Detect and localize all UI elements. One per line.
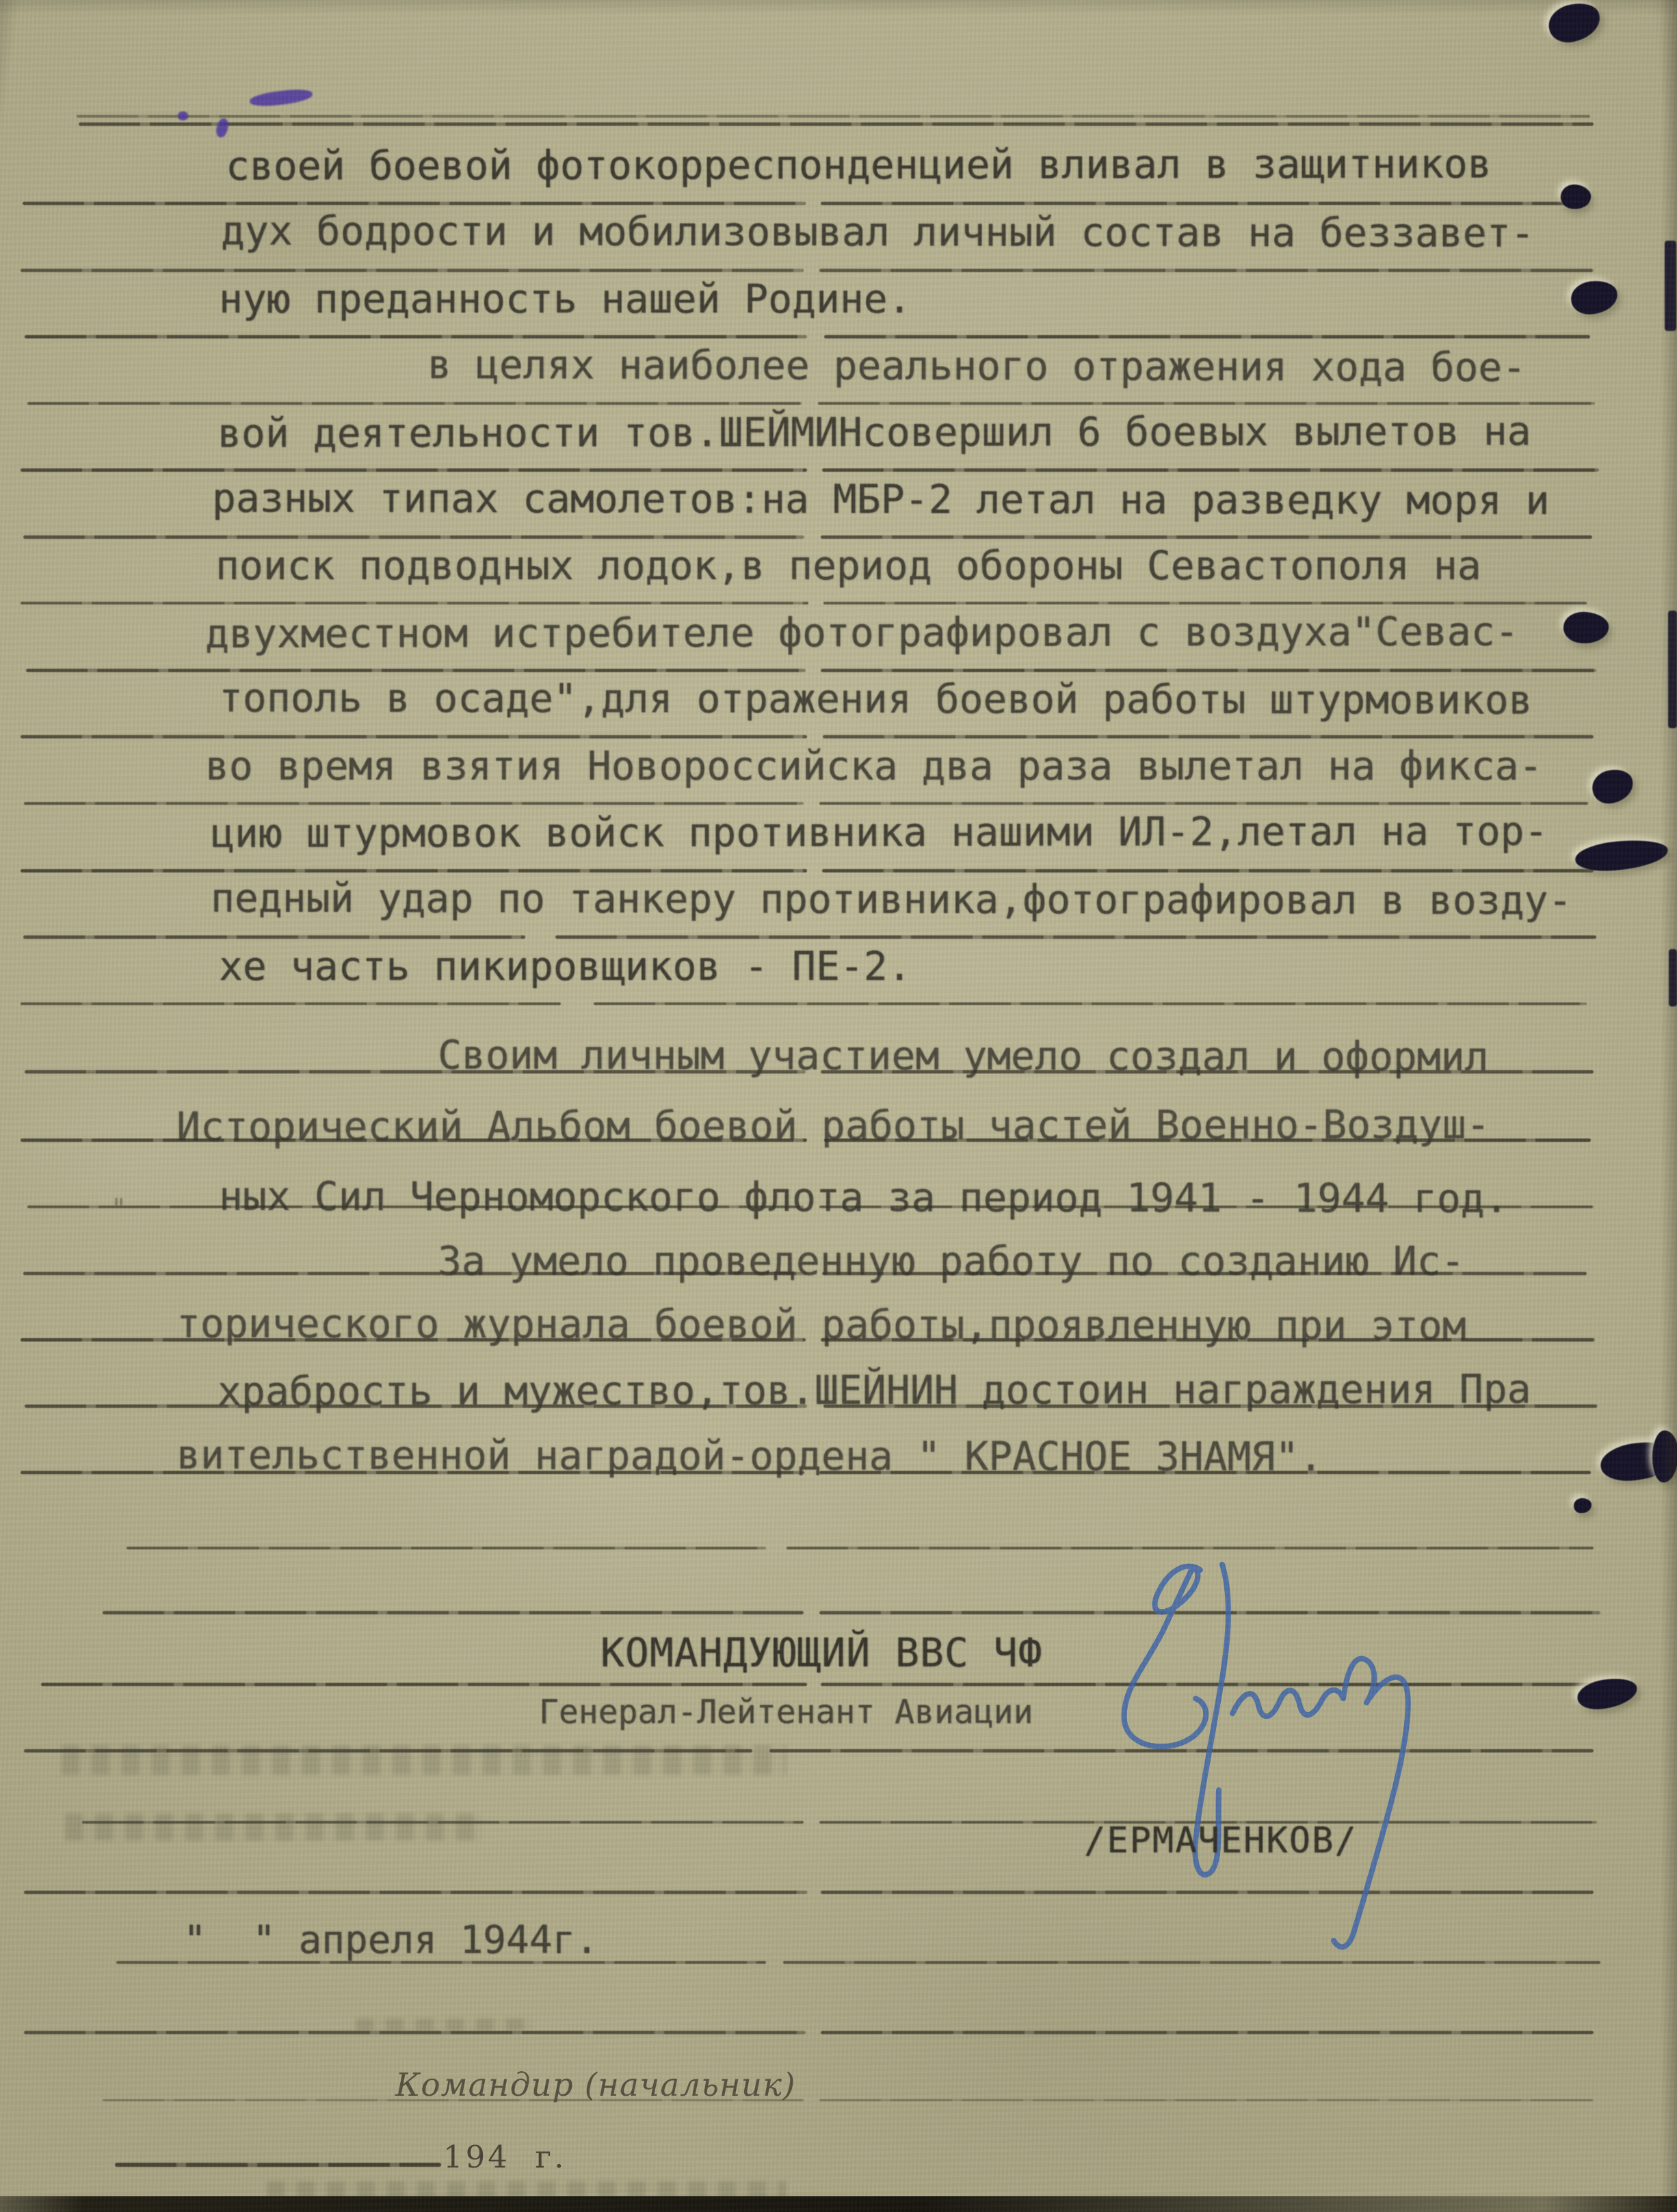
ink-stain: [1562, 611, 1609, 645]
rule-line: [25, 335, 807, 338]
typed-line: вительственной наградой-ордена " КРАСНОЕ…: [176, 1435, 1323, 1477]
rule-line: [21, 468, 807, 472]
typed-line: поиск подводных лодок,в период обороны С…: [215, 546, 1481, 585]
typed-line: ных Сил Черноморского флота за период 19…: [219, 1176, 1509, 1218]
paper-right-edge-shadow: [1661, 0, 1677, 2212]
ink-stain: [1559, 183, 1593, 211]
rule-line: [127, 1547, 766, 1549]
rule-line: [819, 269, 1594, 272]
typed-line: педный удар по танкеру противника,фотогр…: [211, 878, 1572, 920]
ink-stain: [1545, 0, 1605, 46]
rule-line: [821, 669, 1596, 672]
rule-line: [819, 2099, 1594, 2101]
ink-stain: [1575, 1675, 1639, 1712]
date-line: " " апреля 1944г.: [183, 1921, 598, 1960]
rule-line: [769, 1749, 1594, 1753]
rule-line: [24, 802, 804, 805]
faded-text-smudge: [62, 1745, 787, 1775]
rule-line: [21, 602, 808, 604]
signatory-rank: Генерал-Лейтенант Авиации: [539, 1696, 1033, 1729]
signature-stroke-tail: [1334, 1659, 1408, 1947]
rule-line: [26, 669, 806, 672]
rule-line: [27, 402, 802, 405]
rule-line: [555, 935, 1596, 939]
rule-line: [822, 468, 1599, 472]
scanned-award-document-page: своей боевой фотокорреспонденцией вливал…: [0, 0, 1677, 2212]
handwritten-signature: [1060, 1532, 1470, 1983]
typed-line: во время взятия Новороссийска два раза в…: [205, 746, 1542, 786]
rule-line: [24, 2031, 806, 2034]
typed-line: ную преданность нашей Родине.: [219, 279, 912, 319]
typed-line: Исторический Альбом боевой работы частей…: [176, 1104, 1490, 1146]
typed-line: торического журнала боевой работы,проявл…: [176, 1303, 1466, 1345]
rule-line: [103, 1611, 804, 1614]
rule-line: [23, 935, 525, 939]
signatory-title: КОМАНДУЮЩИЙ ВВС ЧФ: [600, 1633, 1043, 1673]
rule-line: [823, 735, 1594, 738]
rule-line: [787, 1547, 1594, 1549]
rule-line: [23, 202, 806, 205]
typed-line: Своим личным участием умело создал и офо…: [438, 1035, 1489, 1077]
rule-line: [821, 1683, 1594, 1686]
purple-ink-mark: [249, 87, 313, 108]
rule-line: [21, 269, 804, 272]
rule-line: [821, 1891, 1594, 1894]
rule-line: [77, 115, 1590, 118]
typed-line: За умело проведенную работу по созданию …: [438, 1241, 1465, 1281]
purple-ink-mark: [215, 117, 230, 138]
scan-bottom-edge: [0, 2196, 1677, 2212]
typed-line: тополь в осаде",для отражения боевой раб…: [219, 678, 1533, 719]
typed-line: цию штурмовок войск противника нашими ИЛ…: [211, 811, 1548, 853]
rule-line: [23, 535, 804, 539]
typed-line: разных типах самолетов:на МБР-2 летал на…: [212, 478, 1550, 520]
ink-stain: [1589, 766, 1637, 806]
rule-line: [819, 1611, 1600, 1614]
ink-stain: [1574, 837, 1669, 874]
typed-line: своей боевой фотокорреспонденцией вливал…: [226, 144, 1492, 185]
ink-stain: [1652, 1430, 1677, 1482]
rule-line: [818, 402, 1595, 405]
rule-line: [821, 2031, 1594, 2034]
rule-line: [824, 335, 1590, 338]
typed-line: вой деятельности тов.ШЕЙМИНсовершил 6 бо…: [217, 411, 1531, 453]
rule-line: [783, 1961, 1600, 1964]
rule-line: [21, 735, 807, 738]
rule-line: [823, 602, 1587, 604]
rule-line: [821, 202, 1588, 205]
ink-stain: [1574, 1498, 1592, 1513]
signatory-name: /ЕРМАЧЕНКОВ/: [1084, 1823, 1358, 1858]
edge-ink-strip: [1669, 949, 1677, 1007]
signature-stroke-scribble: [1232, 1690, 1343, 1716]
purple-ink-mark: [178, 111, 188, 120]
faded-text-smudge: [65, 1813, 482, 1841]
rule-line: [822, 869, 1594, 872]
rule-line: [21, 869, 807, 872]
edge-ink-strip: [1668, 611, 1677, 728]
rule-line: [21, 1002, 561, 1005]
typed-line: храбрость и мужество,тов.ШЕЙНИН достоин …: [217, 1369, 1531, 1411]
rule-line: [41, 1683, 807, 1686]
typed-line: хе часть пикировщиков - ПЕ-2.: [219, 946, 912, 986]
rule-line: [594, 1002, 1587, 1005]
printed-role-label: Командир (начальник): [395, 2066, 795, 2104]
typed-line: двухместном истребителе фотографировал с…: [205, 611, 1519, 653]
rule-line: [79, 122, 1594, 126]
rule-line: [115, 2163, 441, 2167]
signature-stroke-loop: [1124, 1567, 1206, 1747]
rule-line: [819, 802, 1588, 805]
typed-line: ": [111, 1195, 127, 1221]
faded-text-smudge: [356, 2018, 533, 2031]
typed-line: дух бодрости и мобилизовывал личный сост…: [221, 211, 1535, 252]
edge-ink-strip: [1665, 241, 1676, 331]
ink-stain: [1570, 279, 1620, 317]
rule-line: [24, 1891, 807, 1894]
typed-line: в целях наиболее реального отражения ход…: [427, 345, 1526, 387]
printed-year-stub: 194 г.: [443, 2139, 566, 2175]
rule-line: [821, 535, 1592, 539]
